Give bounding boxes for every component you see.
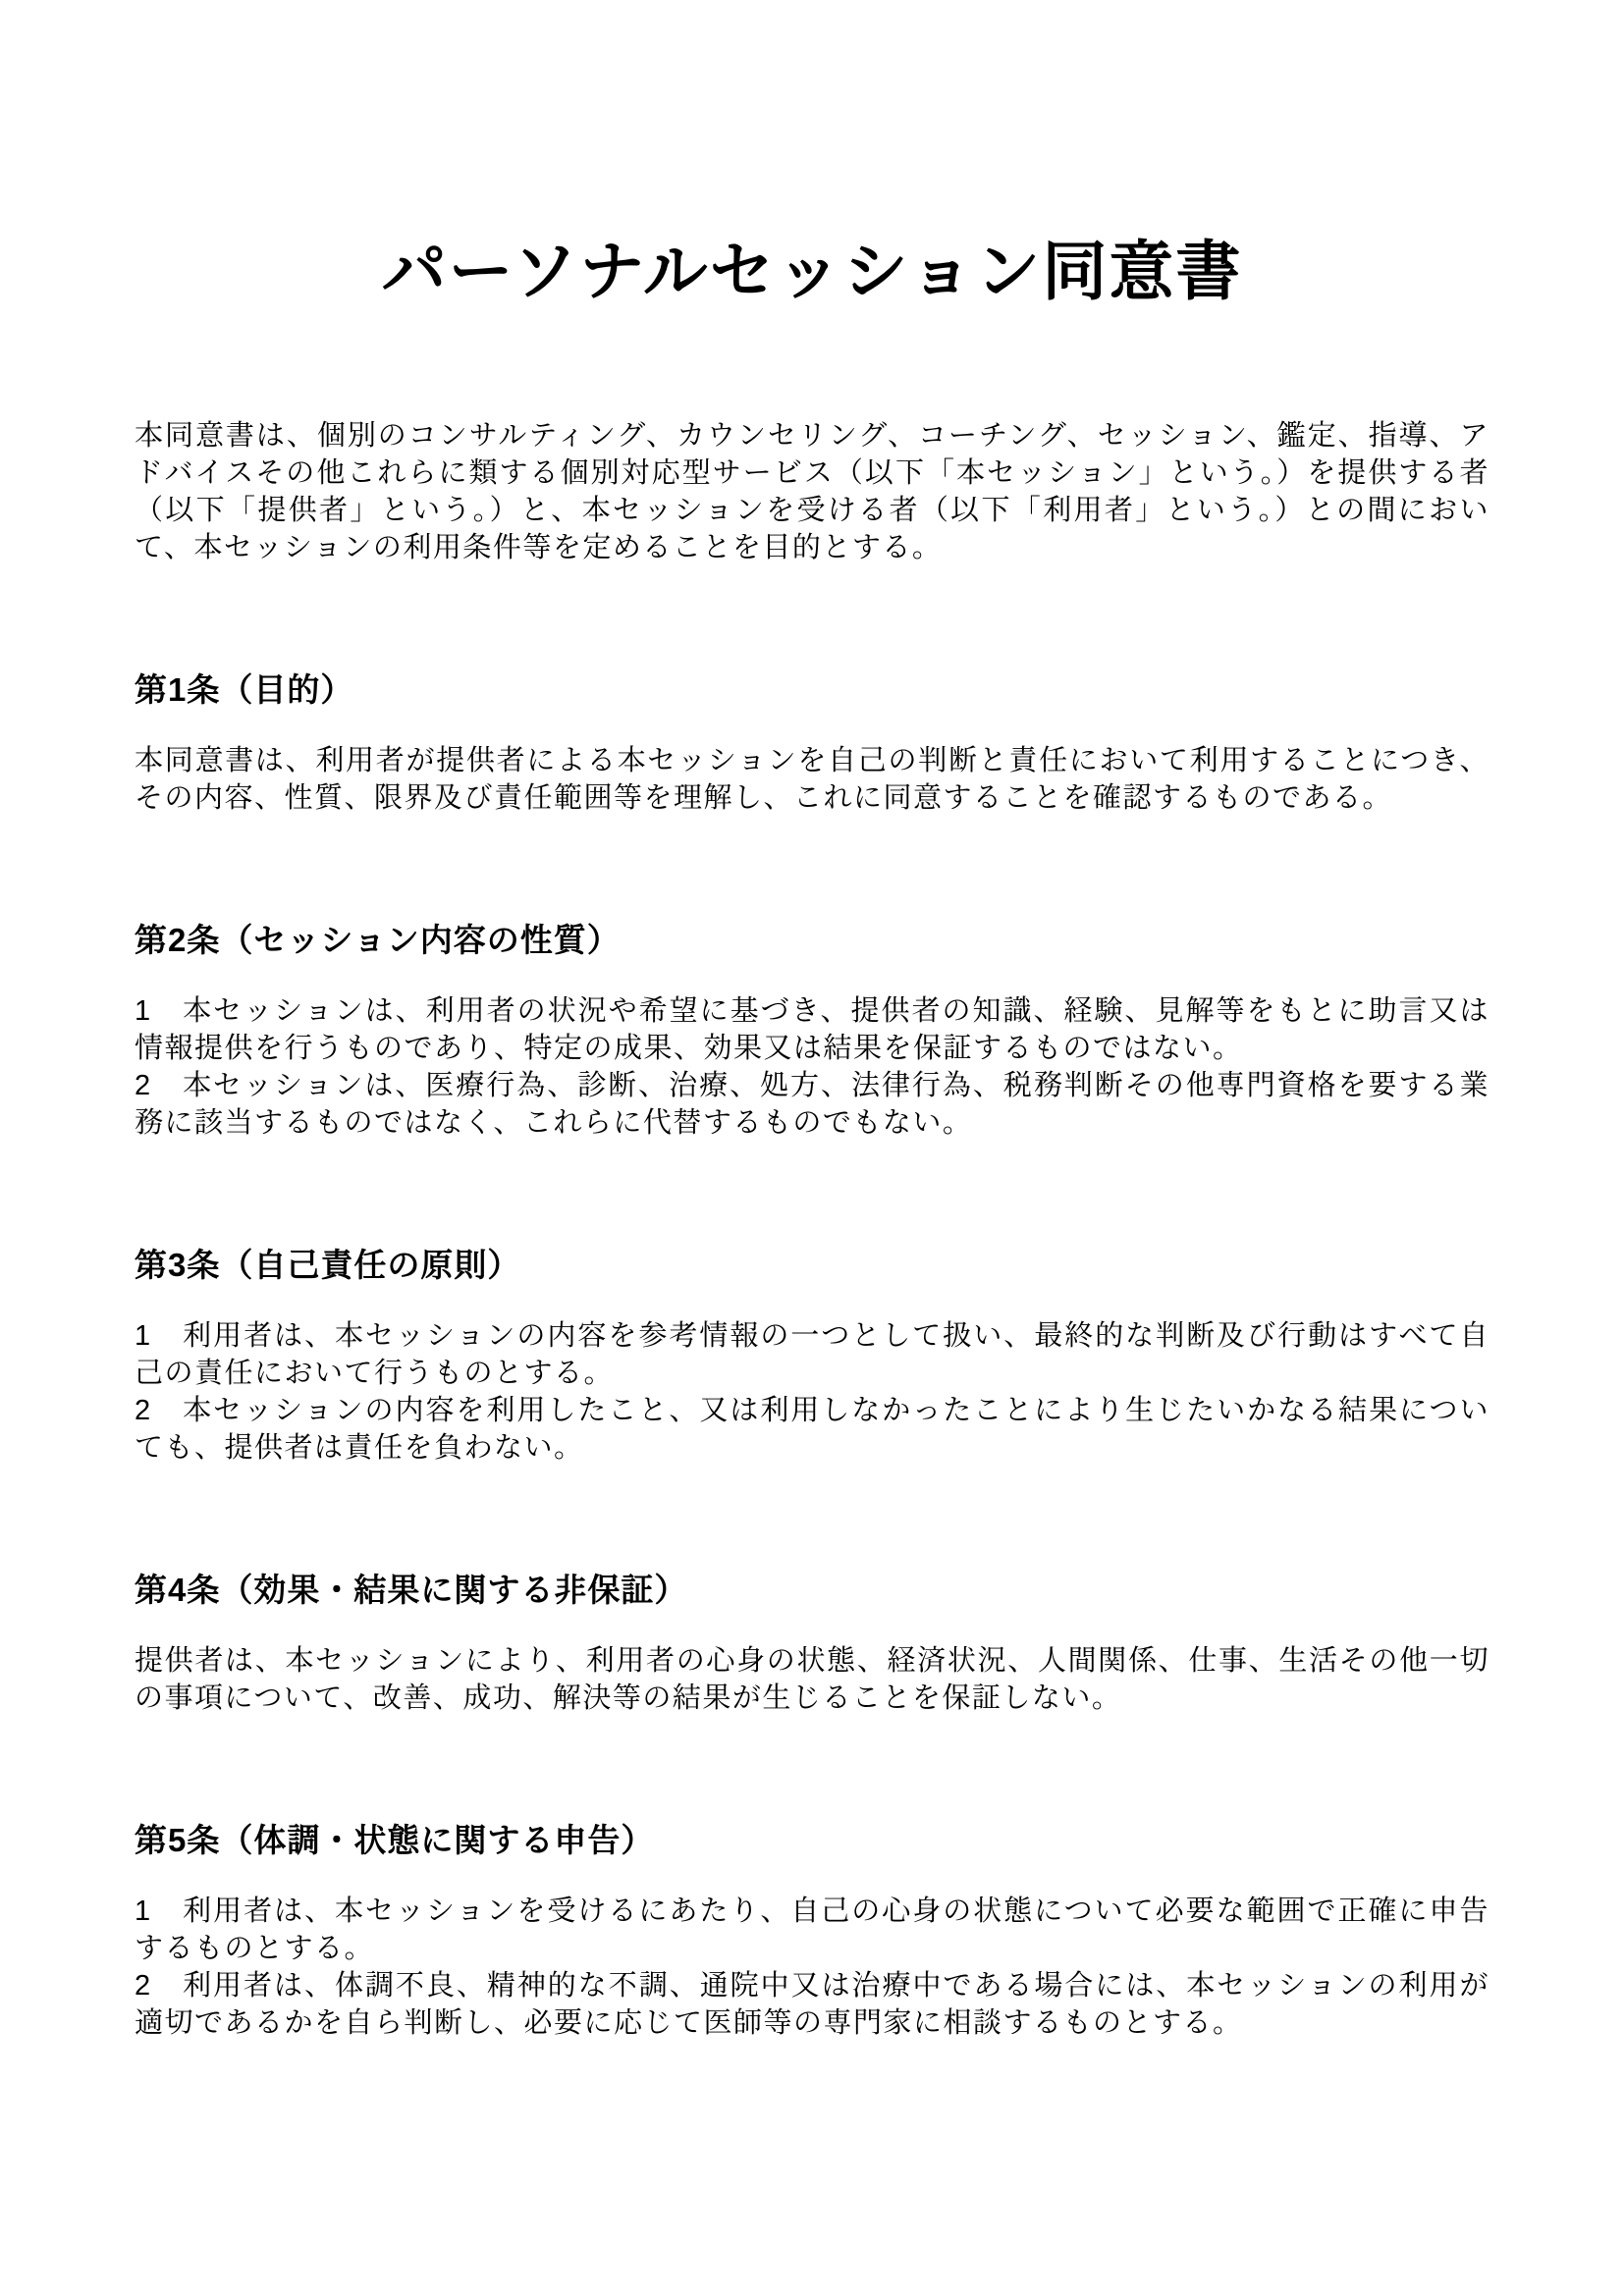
article-paragraph: 2 本セッションは、医療行為、診断、治療、処方、法律行為、税務判断その他専門資格… <box>135 1067 1489 1142</box>
article-heading: 第2条（セッション内容の性質） <box>135 920 1489 961</box>
sections-container: 第1条（目的） 本同意書は、利用者が提供者による本セッションを自己の判断と責任に… <box>135 669 1489 2042</box>
article-heading: 第5条（体調・状態に関する申告） <box>135 1820 1489 1861</box>
intro-paragraph: 本同意書は、個別のコンサルティング、カウンセリング、コーチング、セッション、鑑定… <box>135 417 1489 566</box>
document-title: パーソナルセッション同意書 <box>135 239 1489 303</box>
article-section: 第1条（目的） 本同意書は、利用者が提供者による本セッションを自己の判断と責任に… <box>135 669 1489 817</box>
article-paragraph: 1 利用者は、本セッションを受けるにあたり、自己の心身の状態について必要な範囲で… <box>135 1893 1489 1967</box>
article-heading: 第3条（自己責任の原則） <box>135 1245 1489 1286</box>
article-paragraph: 提供者は、本セッションにより、利用者の心身の状態、経済状況、人間関係、仕事、生活… <box>135 1642 1489 1717</box>
article-heading: 第1条（目的） <box>135 669 1489 711</box>
article-paragraph: 本同意書は、利用者が提供者による本セッションを自己の判断と責任において利用するこ… <box>135 742 1489 817</box>
article-section: 第5条（体調・状態に関する申告） 1 利用者は、本セッションを受けるにあたり、自… <box>135 1820 1489 2042</box>
article-body: 1 利用者は、本セッションの内容を参考情報の一つとして扱い、最終的な判断及び行動… <box>135 1317 1489 1467</box>
article-body: 1 利用者は、本セッションを受けるにあたり、自己の心身の状態について必要な範囲で… <box>135 1893 1489 2042</box>
article-section: 第3条（自己責任の原則） 1 利用者は、本セッションの内容を参考情報の一つとして… <box>135 1245 1489 1467</box>
article-body: 本同意書は、利用者が提供者による本セッションを自己の判断と責任において利用するこ… <box>135 742 1489 817</box>
article-paragraph: 2 本セッションの内容を利用したこと、又は利用しなかったことにより生じたいかなる… <box>135 1392 1489 1467</box>
article-body: 提供者は、本セッションにより、利用者の心身の状態、経済状況、人間関係、仕事、生活… <box>135 1642 1489 1717</box>
document-page: パーソナルセッション同意書 本同意書は、個別のコンサルティング、カウンセリング、… <box>0 0 1624 2296</box>
article-section: 第2条（セッション内容の性質） 1 本セッションは、利用者の状況や希望に基づき、… <box>135 920 1489 1142</box>
article-heading: 第4条（効果・結果に関する非保証） <box>135 1570 1489 1611</box>
article-paragraph: 1 利用者は、本セッションの内容を参考情報の一つとして扱い、最終的な判断及び行動… <box>135 1317 1489 1392</box>
article-body: 1 本セッションは、利用者の状況や希望に基づき、提供者の知識、経験、見解等をもと… <box>135 992 1489 1142</box>
article-section: 第4条（効果・結果に関する非保証） 提供者は、本セッションにより、利用者の心身の… <box>135 1570 1489 1717</box>
article-paragraph: 1 本セッションは、利用者の状況や希望に基づき、提供者の知識、経験、見解等をもと… <box>135 992 1489 1067</box>
article-paragraph: 2 利用者は、体調不良、精神的な不調、通院中又は治療中である場合には、本セッショ… <box>135 1967 1489 2042</box>
